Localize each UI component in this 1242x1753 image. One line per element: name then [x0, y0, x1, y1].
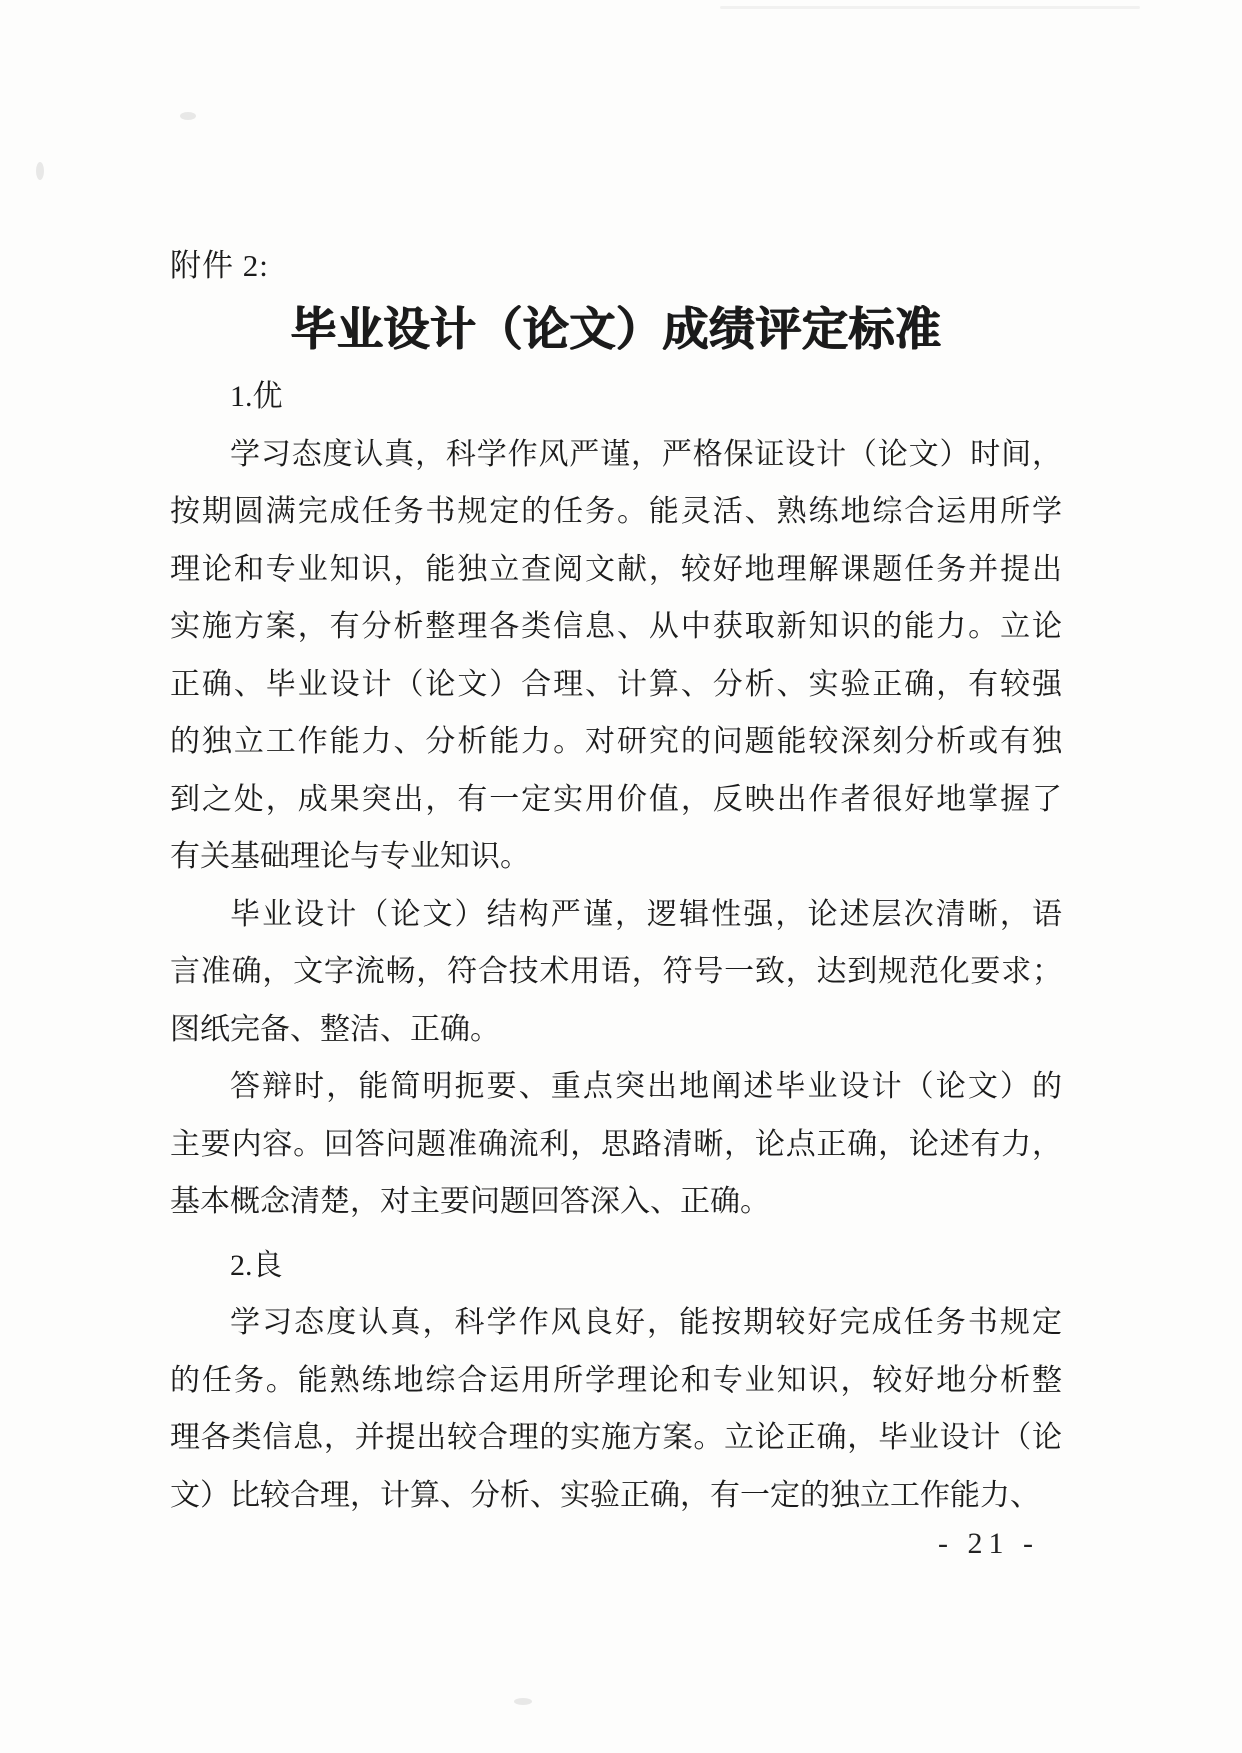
sections: 1.优学习态度认真，科学作风严谨，严格保证设计（论文）时间，按期圆满完成任务书规…: [170, 368, 1062, 1524]
text-line: 毕业设计（论文）结构严谨，逻辑性强，论述层次清晰，语: [170, 886, 1062, 944]
text-line: 的任务。能熟练地综合运用所学理论和专业知识，较好地分析整: [170, 1352, 1062, 1410]
document-page: 附件 2: 毕业设计（论文）成绩评定标准 1.优学习态度认真，科学作风严谨，严格…: [0, 0, 1242, 1753]
text-line: 答辩时，能简明扼要、重点突出地阐述毕业设计（论文）的: [170, 1058, 1062, 1116]
text-line: 的独立工作能力、分析能力。对研究的问题能较深刻分析或有独: [170, 713, 1062, 771]
document-content: 附件 2: 毕业设计（论文）成绩评定标准 1.优学习态度认真，科学作风严谨，严格…: [170, 242, 1062, 1524]
text-line: 学习态度认真，科学作风严谨，严格保证设计（论文）时间，: [170, 426, 1062, 484]
text-line: 学习态度认真，科学作风良好，能按期较好完成任务书规定: [170, 1294, 1062, 1352]
text-line: 正确、毕业设计（论文）合理、计算、分析、实验正确，有较强: [170, 656, 1062, 714]
scan-artifact: [720, 6, 1140, 9]
text-line: 有关基础理论与专业知识。: [170, 828, 1062, 886]
section-heading: 1.优: [170, 368, 1062, 426]
scan-artifact: [514, 1698, 532, 1705]
attachment-label: 附件 2:: [170, 242, 1062, 290]
text-line: 文）比较合理，计算、分析、实验正确，有一定的独立工作能力、: [170, 1467, 1062, 1525]
text-line: 实施方案，有分析整理各类信息、从中获取新知识的能力。立论: [170, 598, 1062, 656]
text-line: 按期圆满完成任务书规定的任务。能灵活、熟练地综合运用所学: [170, 483, 1062, 541]
paragraph: 毕业设计（论文）结构严谨，逻辑性强，论述层次清晰，语言准确，文字流畅，符合技术用…: [170, 886, 1062, 1059]
paragraph: 答辩时，能简明扼要、重点突出地阐述毕业设计（论文）的主要内容。回答问题准确流利，…: [170, 1058, 1062, 1231]
paragraph: 学习态度认真，科学作风严谨，严格保证设计（论文）时间，按期圆满完成任务书规定的任…: [170, 426, 1062, 886]
paragraph: 学习态度认真，科学作风良好，能按期较好完成任务书规定的任务。能熟练地综合运用所学…: [170, 1294, 1062, 1524]
section-heading: 2.良: [170, 1237, 1062, 1295]
scan-artifact: [180, 112, 196, 120]
text-line: 到之处，成果突出，有一定实用价值，反映出作者很好地掌握了: [170, 771, 1062, 829]
scan-artifact: [36, 162, 44, 180]
text-line: 理各类信息，并提出较合理的实施方案。立论正确，毕业设计（论: [170, 1409, 1062, 1467]
text-line: 主要内容。回答问题准确流利，思路清晰，论点正确，论述有力，: [170, 1116, 1062, 1174]
text-line: 理论和专业知识，能独立查阅文献，较好地理解课题任务并提出: [170, 541, 1062, 599]
text-line: 图纸完备、整洁、正确。: [170, 1001, 1062, 1059]
page-number: - 21 -: [938, 1526, 1039, 1562]
document-title: 毕业设计（论文）成绩评定标准: [170, 298, 1062, 362]
text-line: 基本概念清楚，对主要问题回答深入、正确。: [170, 1173, 1062, 1231]
text-line: 言准确，文字流畅，符合技术用语，符号一致，达到规范化要求；: [170, 943, 1062, 1001]
